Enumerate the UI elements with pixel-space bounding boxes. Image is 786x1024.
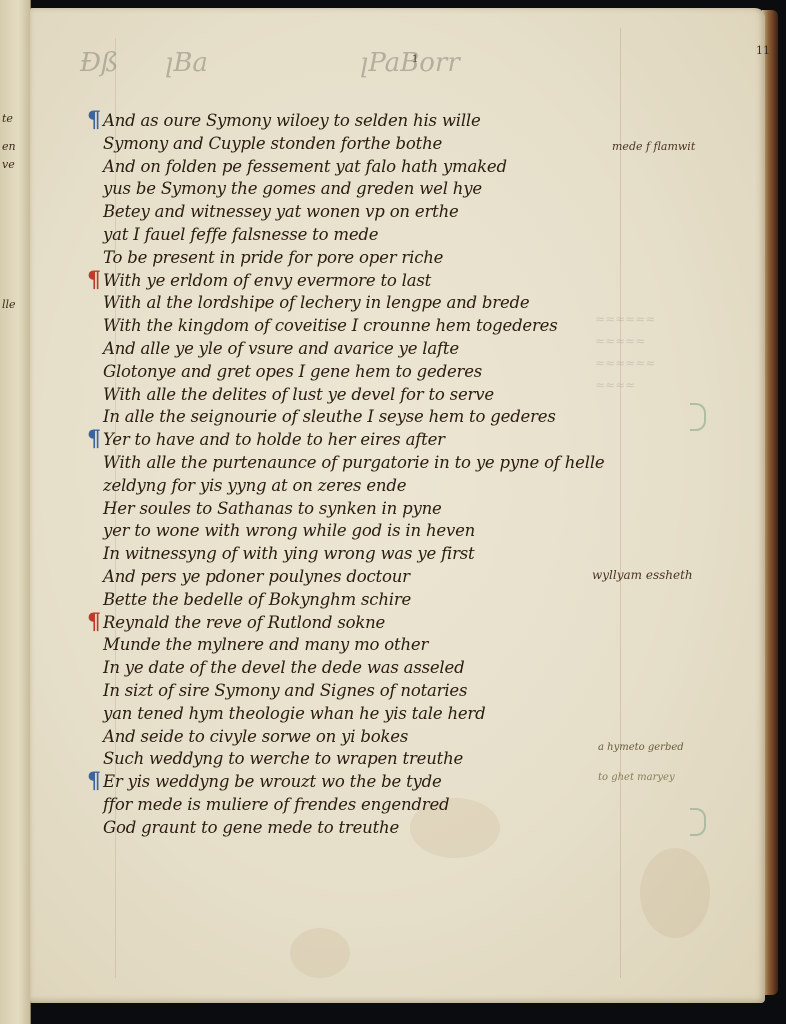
verse-line: With the kingdom of coveitise I crounne … (103, 315, 703, 338)
folio-number: 11 (756, 44, 770, 57)
verse-line: With alle the delites of lust ye devel f… (103, 384, 703, 407)
verse-line: With alle the purtenaunce of purgatorie … (103, 452, 703, 475)
verse-line: ¶Yer to have and to holde to her eires a… (103, 429, 703, 452)
blue-paragraph-mark: ¶ (87, 429, 101, 449)
verse-line: And on folden pe fessement yat falo hath… (103, 156, 703, 179)
verse-line: Glotonye and gret opes I gene hem to ged… (103, 361, 703, 384)
marginal-note: mede f flamwit (612, 140, 695, 153)
blue-paragraph-mark: ¶ (87, 771, 101, 791)
parchment-stain (290, 928, 350, 978)
verse-line: Bette the bedelle of Bokynghm schire (103, 589, 703, 612)
blue-paragraph-mark: ¶ (87, 110, 101, 130)
verse-line: zeldyng for yis yyng at on zeres ende (103, 475, 703, 498)
prev-leaf-fragment: en (2, 140, 16, 153)
verse-line: ffor mede is muliere of frendes engendre… (103, 794, 703, 817)
pencil-mark: ꞁBa (165, 48, 208, 78)
verse-line: In ye date of the devel the dede was ass… (103, 657, 703, 680)
verse-line: ¶And as oure Symony wiloey to selden his… (103, 110, 703, 133)
verse-line: And alle ye yle of vsure and avarice ye … (103, 338, 703, 361)
verse-line: ¶Reynald the reve of Rutlond sokne (103, 612, 703, 635)
previous-leaf-edge: te en ve lle (0, 0, 31, 1024)
verse-line: yan tened hym theologie whan he yis tale… (103, 703, 703, 726)
verse-line: Munde the mylnere and many mo other (103, 634, 703, 657)
verse-line: yer to wone with wrong while god is in h… (103, 520, 703, 543)
pencil-mark: 1 (412, 54, 418, 65)
red-paragraph-mark: ¶ (87, 270, 101, 290)
verse-line: yat I fauel feffe falsnesse to mede (103, 224, 703, 247)
verse-text-block: ¶And as oure Symony wiloey to selden his… (103, 110, 703, 840)
prev-leaf-fragment: lle (2, 298, 16, 311)
verse-line: With al the lordshipe of lechery in leng… (103, 292, 703, 315)
verse-line: Betey and witnessey yat wonen vp on erth… (103, 201, 703, 224)
verse-line: ¶With ye erldom of envy evermore to last (103, 270, 703, 293)
pencil-mark: ꞁPaBorr (360, 48, 460, 78)
verse-line: Her soules to Sathanas to synken in pyne (103, 498, 703, 521)
prev-leaf-fragment: ve (2, 158, 15, 171)
marginal-note: wyllyam essheth (592, 568, 693, 582)
verse-line: In alle the seignourie of sleuthe I seys… (103, 406, 703, 429)
marginal-note: to ghet maryey (598, 772, 675, 783)
red-paragraph-mark: ¶ (87, 612, 101, 632)
verse-line: In witnessyng of with ying wrong was ye … (103, 543, 703, 566)
verse-line: To be present in pride for pore oper ric… (103, 247, 703, 270)
marginal-note: a hymeto gerbed (598, 742, 684, 753)
parchment-stain (640, 848, 710, 938)
verse-line: In sizt of sire Symony and Signes of not… (103, 680, 703, 703)
verse-line: God graunt to gene mede to treuthe (103, 817, 703, 840)
prev-leaf-fragment: te (2, 112, 13, 125)
verse-line: yus be Symony the gomes and greden wel h… (103, 178, 703, 201)
pencil-mark: Ɖß (80, 48, 118, 78)
